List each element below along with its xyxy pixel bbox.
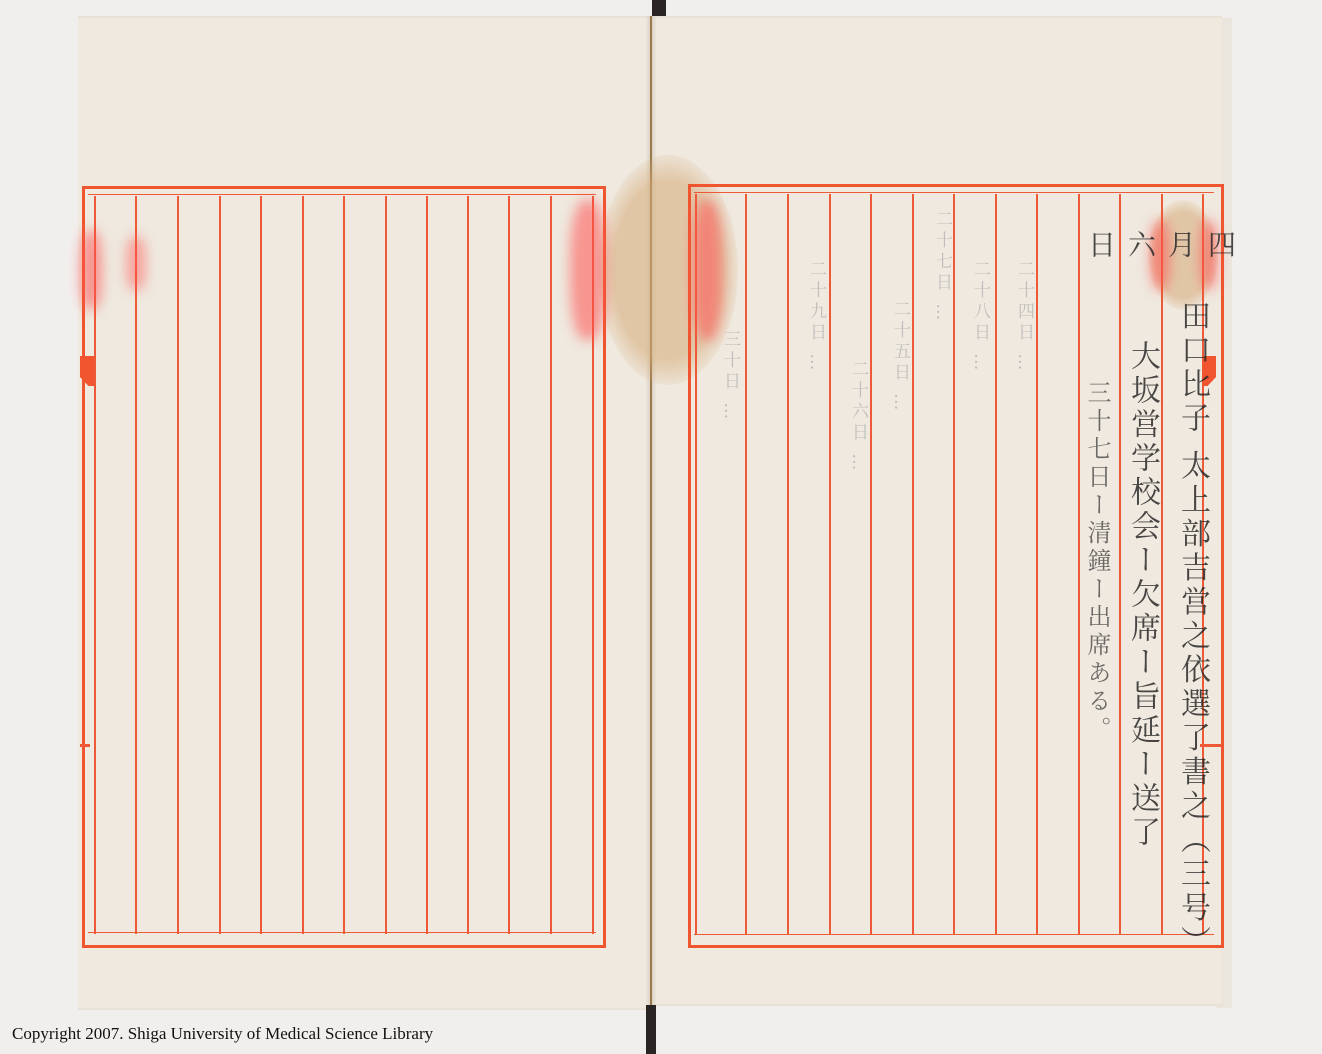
binding-spine-top [652, 0, 666, 16]
faint-text-column: 三十日 … [718, 330, 743, 920]
right-inner-bottom-rule [694, 934, 1214, 935]
binding-spine-bottom [646, 1005, 656, 1054]
ink-bleed [692, 200, 722, 340]
column-rule [177, 196, 179, 934]
column-rule [426, 196, 428, 934]
column-rule [260, 196, 262, 934]
ink-bleed [570, 200, 606, 340]
ink-bleed [80, 230, 102, 310]
column-rule [787, 194, 789, 934]
entry-3-text: 三十七日ー清鐘ー出席ある。 [1080, 380, 1115, 780]
column-rule [829, 194, 831, 934]
faint-text-column: 二十七日 … [930, 210, 955, 910]
entry-3-date: 四月六日 [1080, 230, 1240, 290]
right-inner-top-rule [694, 192, 1214, 193]
column-rule [219, 196, 221, 934]
column-rule [385, 196, 387, 934]
column-rule [135, 196, 137, 934]
faint-text-column: 二十六日 … [846, 360, 871, 920]
faint-text-column: 二十八日 … [968, 260, 993, 860]
copyright-notice: Copyright 2007. Shiga University of Medi… [12, 1024, 433, 1044]
column-rule [995, 194, 997, 934]
left-inner-top-rule [88, 194, 596, 195]
left-inner-bottom-rule [88, 932, 596, 933]
ink-bleed [126, 236, 146, 291]
column-rule [467, 196, 469, 934]
faint-text-column: 二十九日 … [804, 260, 829, 900]
faint-text-column: 二十五日 … [888, 300, 913, 900]
column-rule [508, 196, 510, 934]
column-rule [302, 196, 304, 934]
faint-text-column: 二十四日 … [1012, 260, 1037, 860]
column-rule [550, 196, 552, 934]
column-rule [343, 196, 345, 934]
entry-2-text: 大坂営学校会ー欠席ー旨延ー送了 [1120, 340, 1164, 900]
left-margin-tick [80, 744, 90, 747]
column-rule [745, 194, 747, 934]
entry-1-text: 田口比子 太上部吉営之依選了書之（三号） [1170, 300, 1214, 980]
